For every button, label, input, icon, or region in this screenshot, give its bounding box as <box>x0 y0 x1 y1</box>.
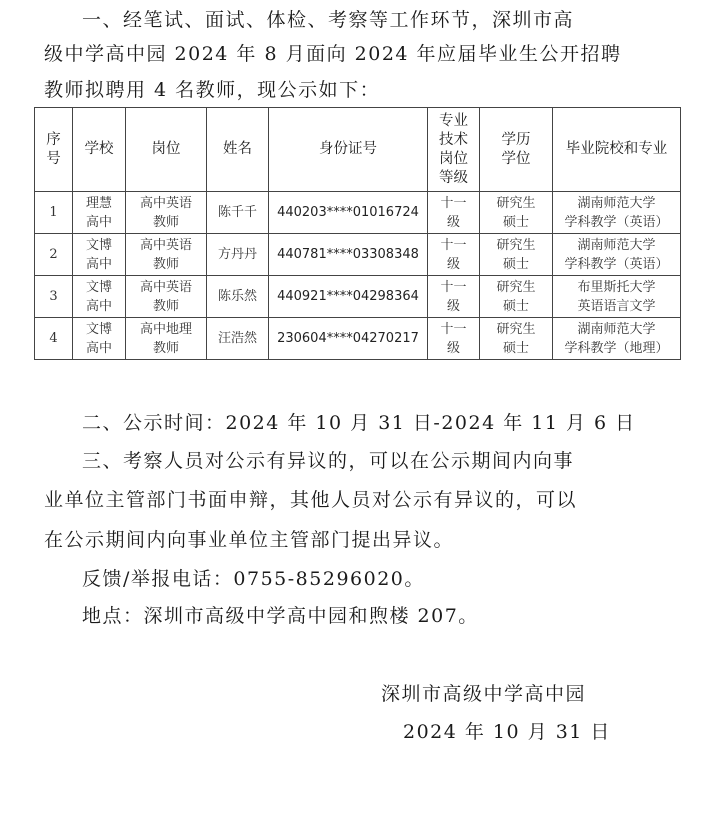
cell-degree: 研究生硕士 <box>480 234 553 276</box>
header-grade: 专业技术岗位等级 <box>428 108 480 192</box>
publicity-period: 二、公示时间：2024 年 10 月 31 日-2024 年 11 月 6 日 <box>82 411 636 435</box>
cell-name: 方丹丹 <box>207 234 269 276</box>
cell-graduate: 湖南师范大学学科教学（地理） <box>553 318 681 360</box>
header-index: 序号 <box>35 108 73 192</box>
table-row: 2 文博高中 高中英语教师 方丹丹 440781****03308348 十一级… <box>35 234 681 276</box>
cell-school: 文博高中 <box>73 276 126 318</box>
table-header-row: 序号 学校 岗位 姓名 身份证号 专业技术岗位等级 学历学位 毕业院校和专业 <box>35 108 681 192</box>
cell-grade: 十一级 <box>428 234 480 276</box>
intro-line-2: 级中学高中园 2024 年 8 月面向 2024 年应届毕业生公开招聘 <box>44 42 622 66</box>
objection-line-2: 业单位主管部门书面申辩，其他人员对公示有异议的，可以 <box>44 488 577 512</box>
cell-name: 汪浩然 <box>207 318 269 360</box>
cell-degree: 研究生硕士 <box>480 192 553 234</box>
cell-index: 4 <box>35 318 73 360</box>
header-name: 姓名 <box>207 108 269 192</box>
cell-index: 1 <box>35 192 73 234</box>
cell-grade: 十一级 <box>428 318 480 360</box>
header-degree: 学历学位 <box>480 108 553 192</box>
intro-line-3: 教师拟聘用 4 名教师，现公示如下： <box>44 78 380 102</box>
signature-organization: 深圳市高级中学高中园 <box>381 682 586 706</box>
cell-id-number: 440921****04298364 <box>269 276 428 318</box>
cell-school: 理慧高中 <box>73 192 126 234</box>
cell-id-number: 440203****01016724 <box>269 192 428 234</box>
cell-graduate: 湖南师范大学学科教学（英语） <box>553 192 681 234</box>
header-school: 学校 <box>73 108 126 192</box>
hiring-roster-table: 序号 学校 岗位 姓名 身份证号 专业技术岗位等级 学历学位 毕业院校和专业 1… <box>34 107 681 360</box>
cell-position: 高中英语教师 <box>126 234 207 276</box>
contact-address: 地点：深圳市高级中学高中园和煦楼 207。 <box>82 604 479 628</box>
cell-id-number: 440781****03308348 <box>269 234 428 276</box>
contact-phone: 反馈/举报电话：0755-85296020。 <box>82 567 425 591</box>
objection-line-1: 三、考察人员对公示有异议的，可以在公示期间内向事 <box>82 449 574 473</box>
cell-degree: 研究生硕士 <box>480 318 553 360</box>
header-position: 岗位 <box>126 108 207 192</box>
header-id-number: 身份证号 <box>269 108 428 192</box>
cell-name: 陈乐然 <box>207 276 269 318</box>
cell-index: 3 <box>35 276 73 318</box>
cell-index: 2 <box>35 234 73 276</box>
cell-id-number: 230604****04270217 <box>269 318 428 360</box>
cell-school: 文博高中 <box>73 318 126 360</box>
intro-line-1: 一、经笔试、面试、体检、考察等工作环节，深圳市高 <box>82 8 574 32</box>
cell-position: 高中地理教师 <box>126 318 207 360</box>
cell-graduate: 布里斯托大学英语语言文学 <box>553 276 681 318</box>
cell-name: 陈千千 <box>207 192 269 234</box>
cell-position: 高中英语教师 <box>126 276 207 318</box>
cell-school: 文博高中 <box>73 234 126 276</box>
table-row: 4 文博高中 高中地理教师 汪浩然 230604****04270217 十一级… <box>35 318 681 360</box>
cell-grade: 十一级 <box>428 192 480 234</box>
cell-grade: 十一级 <box>428 276 480 318</box>
signature-date: 2024 年 10 月 31 日 <box>403 720 611 744</box>
table-row: 3 文博高中 高中英语教师 陈乐然 440921****04298364 十一级… <box>35 276 681 318</box>
cell-graduate: 湖南师范大学学科教学（英语） <box>553 234 681 276</box>
objection-line-3: 在公示期间内向事业单位主管部门提出异议。 <box>44 528 454 552</box>
cell-position: 高中英语教师 <box>126 192 207 234</box>
header-graduate: 毕业院校和专业 <box>553 108 681 192</box>
table-row: 1 理慧高中 高中英语教师 陈千千 440203****01016724 十一级… <box>35 192 681 234</box>
cell-degree: 研究生硕士 <box>480 276 553 318</box>
